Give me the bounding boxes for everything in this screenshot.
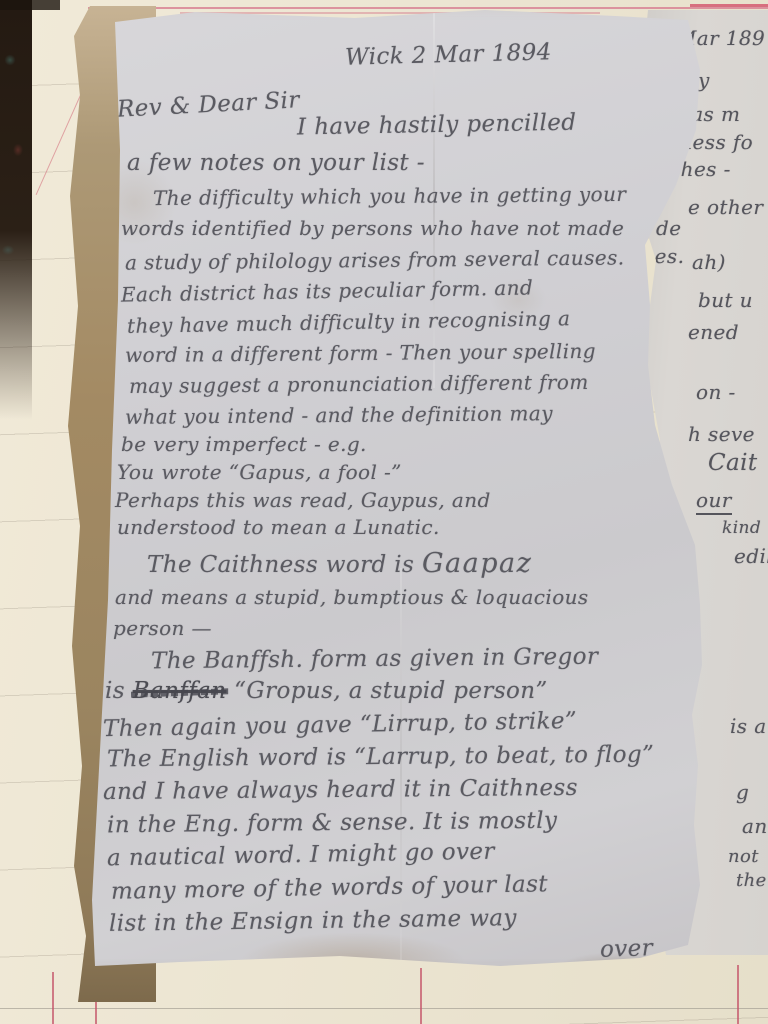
text-fragment: the [736, 870, 767, 892]
letter-line: person — [113, 616, 212, 640]
letter-line: and means a stupid, bumptious & loquacio… [115, 585, 589, 609]
letter-line: The Banffsh. form as given in Gregor [151, 644, 599, 676]
letter-line: I have hastily pencilled [297, 110, 577, 142]
text-fragment: but u [698, 288, 753, 312]
letter-line: many more of the words of your last [111, 871, 548, 906]
text-fragment: edily [734, 544, 768, 568]
letter-line: You wrote “Gapus, a fool -” [117, 460, 402, 484]
book-cover-marbled-edge [0, 0, 32, 420]
letter-line: they have much difficulty in recognising… [127, 306, 571, 338]
letter-line: a study of philology arises from several… [125, 245, 625, 274]
text-fragment: not [728, 846, 759, 868]
word-gaapaz: Gaapaz [422, 548, 532, 579]
pasted-letter-sheet: Wick 2 Mar 1894 Rev & Dear Sir I have ha… [55, 8, 717, 980]
underlined-fragment: our [696, 488, 732, 515]
text-fragment: kind [722, 518, 761, 538]
struck-out-word: Banffan [133, 678, 227, 704]
letter-line: The English word is “Larrup, to beat, to… [107, 742, 655, 774]
bottom-grey-rule [0, 1008, 768, 1009]
gropus-line-suffix: “Gropus, a stupid person” [226, 678, 547, 704]
letter-line: a few notes on your list - [127, 150, 425, 178]
text-fragment: de [656, 216, 681, 240]
letter-line-caithness: The Caithness word is Gaapaz [147, 548, 532, 580]
photo-of-letter: 2 Mar 189 y - has m hness fo shes - e ot… [0, 0, 768, 1024]
top-red-segment [690, 4, 768, 7]
letter-line: a nautical word. I might go over [107, 839, 495, 873]
ledger-red-vertical-4 [737, 965, 739, 1024]
text-fragment: Cait [708, 450, 758, 478]
text-fragment: an [742, 814, 768, 838]
top-margin-rule [88, 7, 768, 9]
letter-line: Then again you gave “Lirrup, to strike” [103, 708, 577, 744]
text-fragment: h seve [688, 422, 755, 446]
text-fragment: ened [688, 320, 739, 344]
letter-line: and I have always heard it in Caithness [103, 775, 578, 807]
letter-line: in the Eng. form & sense. It is mostly [107, 808, 558, 840]
letter-line: understood to mean a Lunatic. [117, 515, 440, 539]
letter-line: words identified by persons who have not… [121, 216, 624, 240]
text-fragment: g [736, 780, 749, 804]
caithness-line-prefix: The Caithness word is [147, 552, 422, 578]
ledger-red-vertical-1 [52, 972, 54, 1024]
gropus-line-prefix: is [105, 678, 133, 704]
text-fragment: on - [696, 380, 736, 404]
letter-line: may suggest a pronunciation different fr… [129, 370, 589, 398]
text-fragment: ah) [692, 250, 726, 274]
letter-line: Each district has its peculiar form. and [121, 275, 534, 306]
ledger-red-vertical-3 [420, 968, 422, 1024]
letter-line: Perhaps this was read, Gaypus, and [115, 488, 491, 512]
letter-line: be very imperfect - e.g. [121, 432, 367, 456]
letter-salutation: Rev & Dear Sir [116, 87, 300, 124]
book-cover-top-edge [0, 0, 60, 10]
letter-line: word in a different form - Then your spe… [125, 339, 596, 367]
letter-date: Wick 2 Mar 1894 [345, 39, 552, 72]
text-fragment: e other [688, 195, 763, 219]
letter-line: what you intend - and the definition may [125, 401, 553, 429]
letter-line-gropus: is Banffan “Gropus, a stupid person” [105, 678, 548, 706]
letter-line: The difficulty which you have in getting… [153, 182, 626, 210]
letter-line: list in the Ensign in the same way [109, 905, 517, 938]
text-fragment: is a [730, 714, 767, 738]
